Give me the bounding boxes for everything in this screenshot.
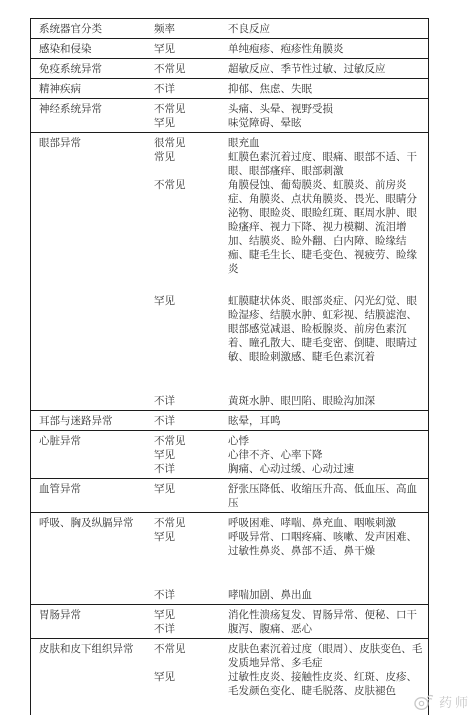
reactions-cell: 抑郁、焦虑、失眠 [228, 82, 428, 96]
table-row: 神经系统异常不常见头痛、头晕、视野受损罕见味觉障碍、晕眩 [31, 99, 428, 133]
entries-cell: 不详眩晕，耳鸣 [154, 414, 428, 428]
frequency-cell: 罕见 [154, 42, 228, 56]
frequency-entry: 不详黄斑水肿、眼凹陷、眼睑沟加深 [154, 394, 428, 408]
frequency-cell: 不详 [154, 414, 228, 428]
header-adverse-reactions: 不良反应 [228, 22, 428, 36]
table-row: 血管异常罕见舒张压降低、收缩压升高、低血压、高血压 [31, 479, 428, 513]
reactions-cell: 胸痛、心动过缓、心动过速 [228, 462, 428, 476]
frequency-entry: 罕见呼吸异常、口咽疼痛、咳嗽、发声困难、过敏性鼻炎、鼻部不适、鼻干燥 [154, 530, 428, 558]
frequency-cell: 不常见 [154, 434, 228, 448]
organ-class-cell: 感染和侵染 [31, 42, 154, 56]
frequency-cell: 罕见 [154, 482, 228, 496]
frequency-cell: 不详 [154, 82, 228, 96]
reactions-cell: 单纯疱疹、疱疹性角膜炎 [228, 42, 428, 56]
frequency-entry: 不详眩晕，耳鸣 [154, 414, 428, 428]
table-row: 免疫系统异常不常见超敏反应、季节性过敏、过敏反应 [31, 59, 428, 79]
reactions-cell: 哮喘加剧、鼻出血 [228, 588, 428, 602]
frequency-entry: 不详哮喘加剧、鼻出血 [154, 588, 428, 602]
table-row: 皮肤和皮下组织异常不常见皮肤色素沉着过度（眼周）、皮肤变色、毛发质地异常、多毛症… [31, 639, 428, 715]
frequency-entry: 罕见单纯疱疹、疱疹性角膜炎 [154, 42, 428, 56]
frequency-cell: 不详 [154, 622, 228, 636]
entries-cell: 很常见眼充血常见虹膜色素沉着过度、眼痛、眼部不适、干眼、眼部瘙痒、眼部刺激不常见… [154, 136, 428, 408]
frequency-cell: 很常见 [154, 136, 228, 150]
frequency-entry: 不常见皮肤色素沉着过度（眼周）、皮肤变色、毛发质地异常、多毛症 [154, 642, 428, 670]
frequency-entry: 罕见过敏性皮炎、接触性皮炎、红斑、皮疹、毛发颜色变化、睫毛脱落、皮肤褪色 [154, 670, 428, 698]
entries-cell: 不常见皮肤色素沉着过度（眼周）、皮肤变色、毛发质地异常、多毛症罕见过敏性皮炎、接… [154, 642, 428, 698]
entries-cell: 罕见舒张压降低、收缩压升高、低血压、高血压 [154, 482, 428, 510]
table-header-row: 系统器官分类 频率 不良反应 [31, 19, 428, 39]
reactions-cell: 消化性溃疡复发、胃肠异常、便秘、口干 [228, 608, 428, 622]
frequency-entry: 罕见味觉障碍、晕眩 [154, 116, 428, 130]
reactions-cell: 虹膜色素沉着过度、眼痛、眼部不适、干眼、眼部瘙痒、眼部刺激 [228, 150, 428, 178]
frequency-cell: 罕见 [154, 294, 228, 308]
organ-class-cell: 呼吸、胸及纵膈异常 [31, 516, 154, 530]
reactions-cell: 眩晕，耳鸣 [228, 414, 428, 428]
frequency-cell: 不常见 [154, 62, 228, 76]
table-row: 胃肠异常罕见消化性溃疡复发、胃肠异常、便秘、口干不详腹泻、腹痛、恶心 [31, 605, 428, 639]
reactions-cell: 虹膜睫状体炎、眼部炎症、闪光幻觉、眼睑湿疹、结膜水肿、虹彩视、结膜滤泡、眼部感觉… [228, 294, 428, 364]
reactions-cell: 角膜侵蚀、葡萄膜炎、虹膜炎、前房炎症、角膜炎、点状角膜炎、畏光、眼睛分泌物、眼睑… [228, 178, 428, 276]
organ-class-cell: 精神疾病 [31, 82, 154, 96]
reactions-cell: 心悸 [228, 434, 428, 448]
frequency-cell: 罕见 [154, 448, 228, 462]
frequency-cell: 不常见 [154, 178, 228, 192]
organ-class-cell: 皮肤和皮下组织异常 [31, 642, 154, 656]
frequency-entry: 不常见头痛、头晕、视野受损 [154, 102, 428, 116]
watermark-text: 药师 [439, 692, 471, 711]
frequency-entry: 不详抑郁、焦虑、失眠 [154, 82, 428, 96]
entries-cell: 罕见单纯疱疹、疱疹性角膜炎 [154, 42, 428, 56]
frequency-entry: 不详胸痛、心动过缓、心动过速 [154, 462, 428, 476]
frequency-entry: 不常见呼吸困难、哮喘、鼻充血、咽喉刺激 [154, 516, 428, 530]
table-row: 眼部异常很常见眼充血常见虹膜色素沉着过度、眼痛、眼部不适、干眼、眼部瘙痒、眼部刺… [31, 133, 428, 411]
entries-cell: 不常见心悸罕见心律不齐、心率下降不详胸痛、心动过缓、心动过速 [154, 434, 428, 476]
frequency-entry: 罕见心律不齐、心率下降 [154, 448, 428, 462]
table-row: 精神疾病不详抑郁、焦虑、失眠 [31, 79, 428, 99]
frequency-entry: 罕见虹膜睫状体炎、眼部炎症、闪光幻觉、眼睑湿疹、结膜水肿、虹彩视、结膜滤泡、眼部… [154, 294, 428, 364]
table-row: 感染和侵染罕见单纯疱疹、疱疹性角膜炎 [31, 39, 428, 59]
organ-class-cell: 胃肠异常 [31, 608, 154, 622]
reactions-cell: 超敏反应、季节性过敏、过敏反应 [228, 62, 428, 76]
header-frequency: 频率 [154, 22, 228, 36]
entries-cell: 不常见呼吸困难、哮喘、鼻充血、咽喉刺激罕见呼吸异常、口咽疼痛、咳嗽、发声困难、过… [154, 516, 428, 602]
organ-class-cell: 眼部异常 [31, 136, 154, 150]
organ-class-cell: 免疫系统异常 [31, 62, 154, 76]
entries-cell: 罕见消化性溃疡复发、胃肠异常、便秘、口干不详腹泻、腹痛、恶心 [154, 608, 428, 636]
frequency-entry: 罕见消化性溃疡复发、胃肠异常、便秘、口干 [154, 608, 428, 622]
reactions-cell: 心律不齐、心率下降 [228, 448, 428, 462]
frequency-cell: 罕见 [154, 670, 228, 684]
frequency-cell: 罕见 [154, 530, 228, 544]
frequency-cell: 罕见 [154, 116, 228, 130]
frequency-cell: 不详 [154, 462, 228, 476]
table-row: 呼吸、胸及纵膈异常不常见呼吸困难、哮喘、鼻充血、咽喉刺激罕见呼吸异常、口咽疼痛、… [31, 513, 428, 605]
reactions-cell: 腹泻、腹痛、恶心 [228, 622, 428, 636]
frequency-cell: 不常见 [154, 642, 228, 656]
reactions-cell: 舒张压降低、收缩压升高、低血压、高血压 [228, 482, 428, 510]
frequency-cell: 不详 [154, 588, 228, 602]
entries-cell: 不详抑郁、焦虑、失眠 [154, 82, 428, 96]
header-organ-class: 系统器官分类 [31, 22, 154, 36]
frequency-entry: 不详腹泻、腹痛、恶心 [154, 622, 428, 636]
frequency-entry: 不常见角膜侵蚀、葡萄膜炎、虹膜炎、前房炎症、角膜炎、点状角膜炎、畏光、眼睛分泌物… [154, 178, 428, 276]
table-row: 耳部与迷路异常不详眩晕，耳鸣 [31, 411, 428, 431]
organ-class-cell: 心脏异常 [31, 434, 154, 448]
entries-cell: 不常见超敏反应、季节性过敏、过敏反应 [154, 62, 428, 76]
entries-cell: 不常见头痛、头晕、视野受损罕见味觉障碍、晕眩 [154, 102, 428, 130]
frequency-entry: 很常见眼充血 [154, 136, 428, 150]
frequency-entry: 不常见超敏反应、季节性过敏、过敏反应 [154, 62, 428, 76]
reactions-cell: 头痛、头晕、视野受损 [228, 102, 428, 116]
reactions-cell: 过敏性皮炎、接触性皮炎、红斑、皮疹、毛发颜色变化、睫毛脱落、皮肤褪色 [228, 670, 428, 698]
weibo-eye-icon [413, 693, 435, 711]
table-body: 感染和侵染罕见单纯疱疹、疱疹性角膜炎免疫系统异常不常见超敏反应、季节性过敏、过敏… [31, 39, 428, 715]
organ-class-cell: 血管异常 [31, 482, 154, 496]
reactions-cell: 呼吸困难、哮喘、鼻充血、咽喉刺激 [228, 516, 428, 530]
frequency-entry: 不常见心悸 [154, 434, 428, 448]
organ-class-cell: 神经系统异常 [31, 102, 154, 116]
frequency-entry: 罕见舒张压降低、收缩压升高、低血压、高血压 [154, 482, 428, 510]
frequency-cell: 常见 [154, 150, 228, 164]
reactions-cell: 皮肤色素沉着过度（眼周）、皮肤变色、毛发质地异常、多毛症 [228, 642, 428, 670]
table-row: 心脏异常不常见心悸罕见心律不齐、心率下降不详胸痛、心动过缓、心动过速 [31, 431, 428, 479]
frequency-entry: 常见虹膜色素沉着过度、眼痛、眼部不适、干眼、眼部瘙痒、眼部刺激 [154, 150, 428, 178]
reactions-cell: 味觉障碍、晕眩 [228, 116, 428, 130]
organ-class-cell: 耳部与迷路异常 [31, 414, 154, 428]
frequency-cell: 不常见 [154, 102, 228, 116]
frequency-cell: 罕见 [154, 608, 228, 622]
frequency-cell: 不详 [154, 394, 228, 408]
reactions-cell: 呼吸异常、口咽疼痛、咳嗽、发声困难、过敏性鼻炎、鼻部不适、鼻干燥 [228, 530, 428, 558]
reactions-cell: 黄斑水肿、眼凹陷、眼睑沟加深 [228, 394, 428, 408]
watermark: 药师 [413, 692, 471, 711]
frequency-cell: 不常见 [154, 516, 228, 530]
reactions-cell: 眼充血 [228, 136, 428, 150]
adverse-reactions-table: 系统器官分类 频率 不良反应 感染和侵染罕见单纯疱疹、疱疹性角膜炎免疫系统异常不… [30, 18, 429, 715]
